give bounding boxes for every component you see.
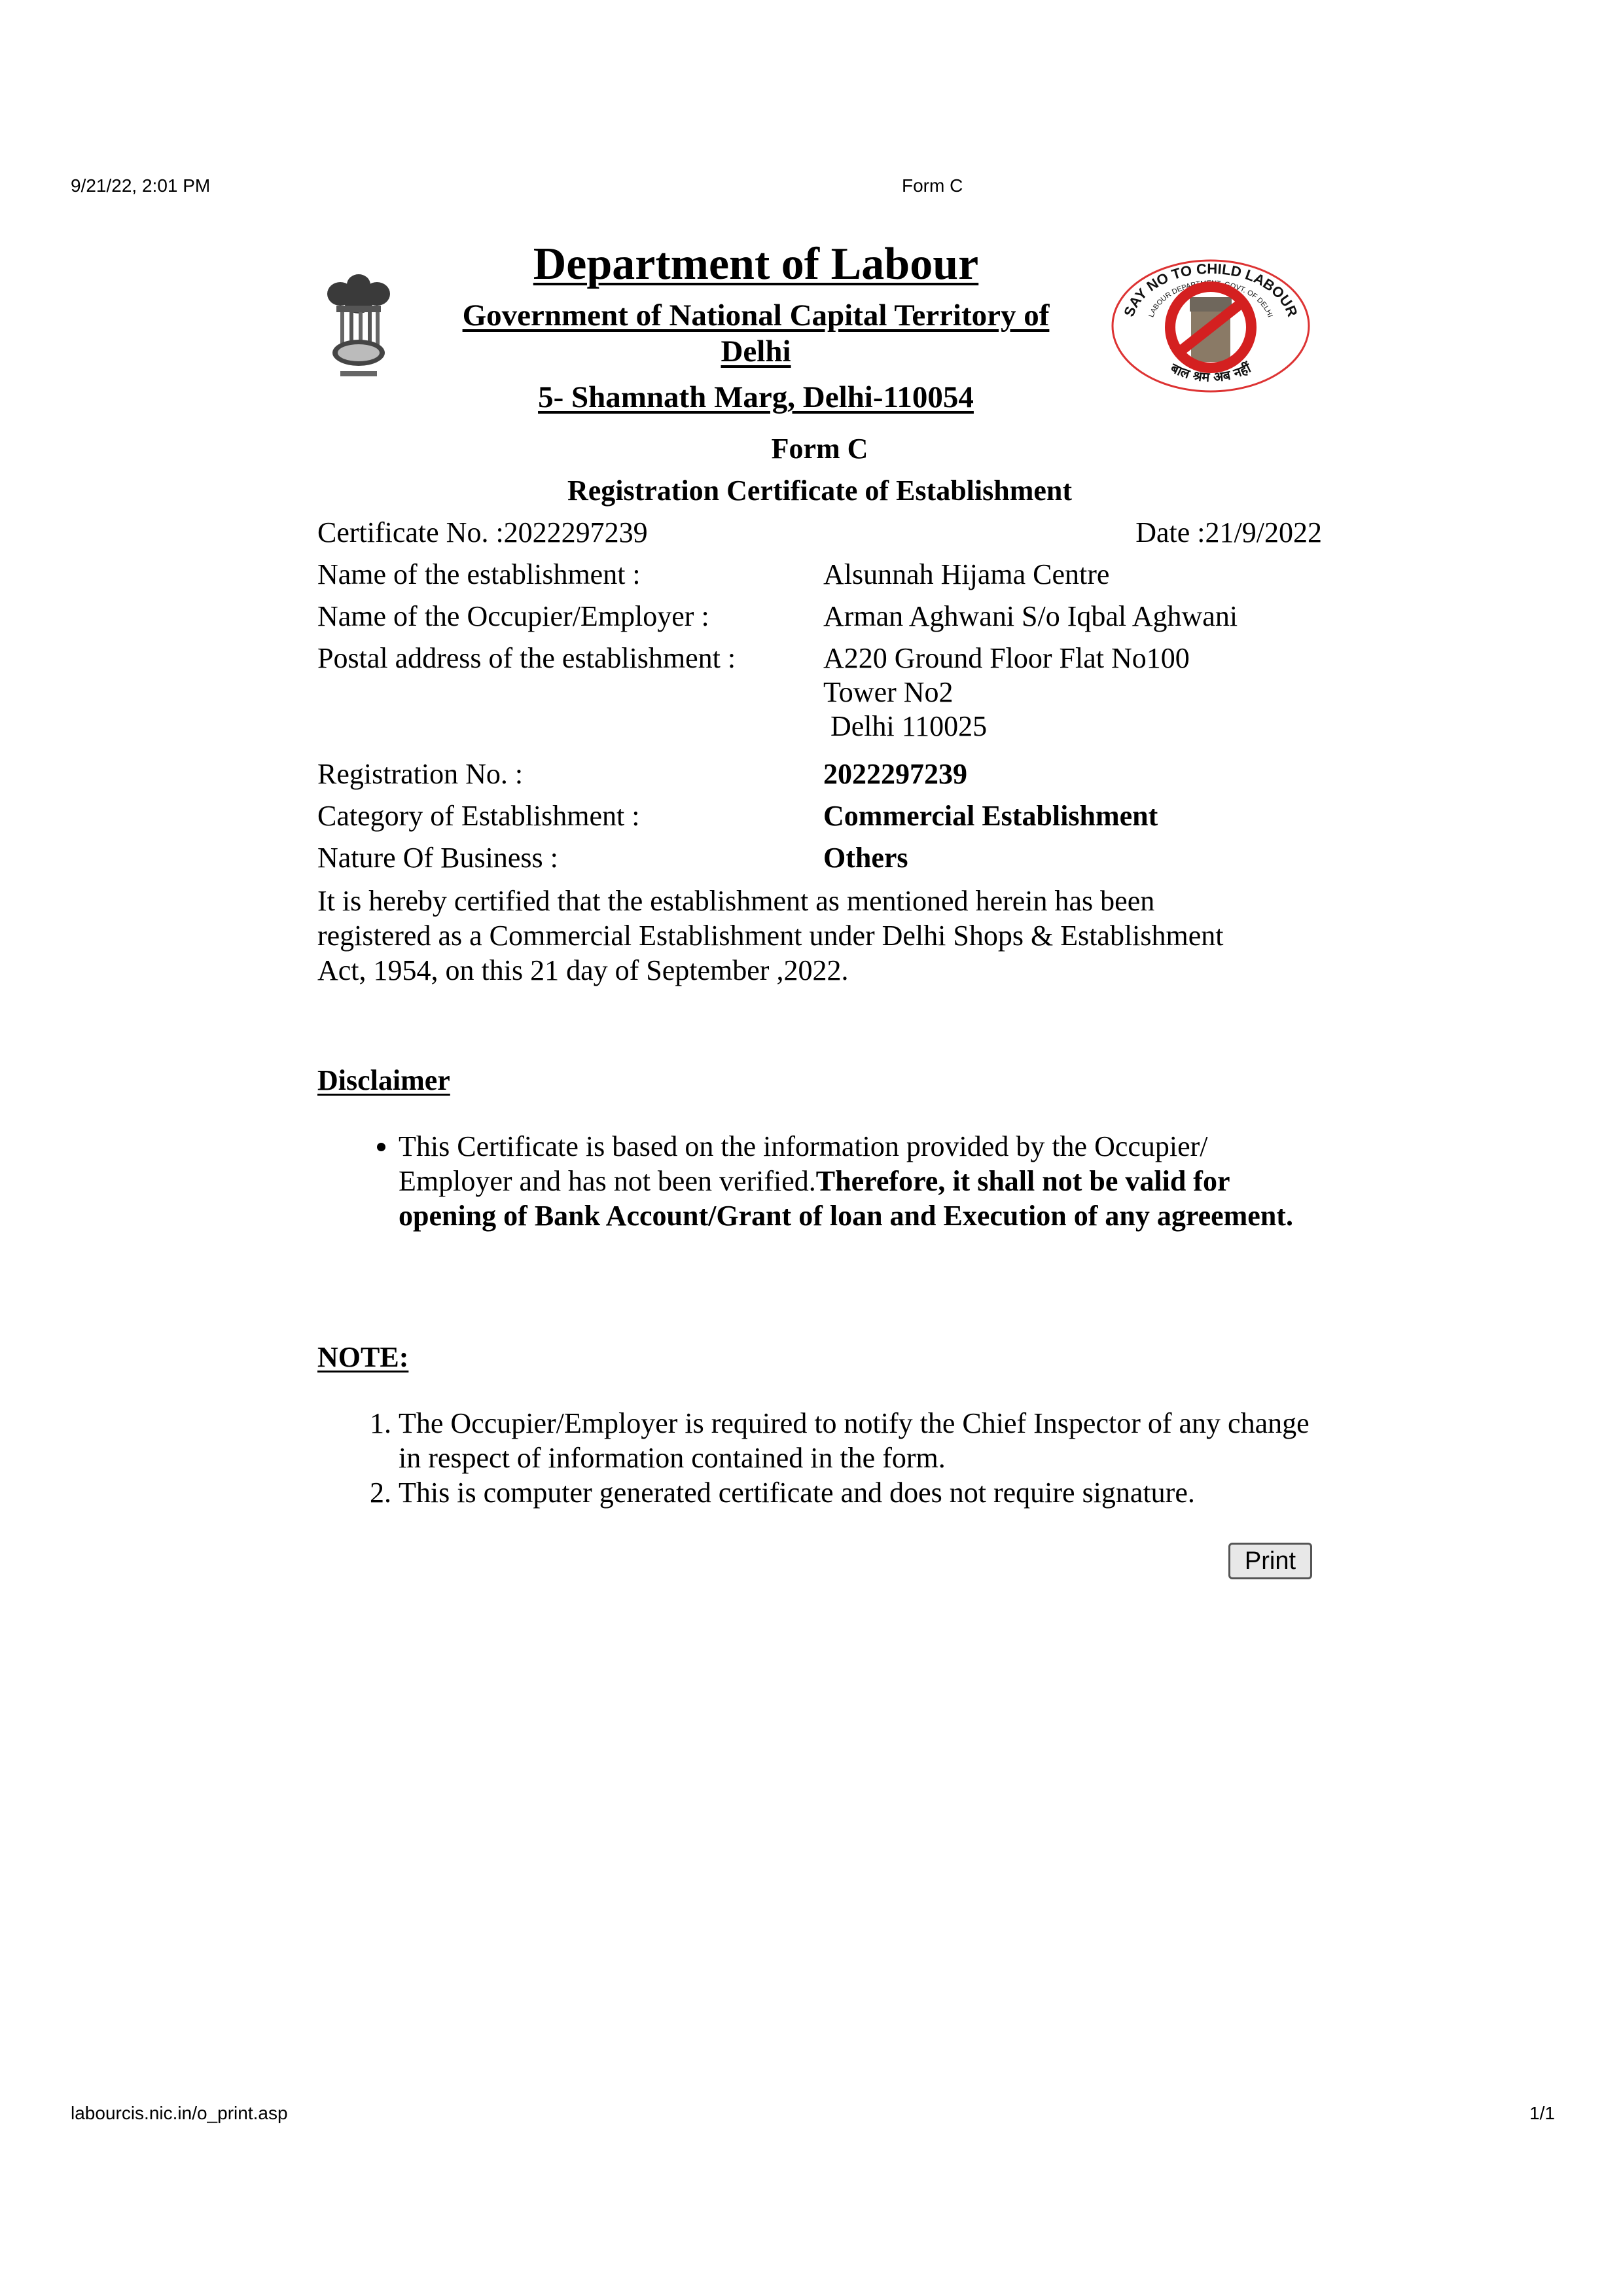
date-value: 21/9/2022 [1205, 516, 1322, 548]
print-header-datetime: 9/21/22, 2:01 PM [71, 175, 210, 196]
print-footer-url: labourcis.nic.in/o_print.asp [71, 2103, 288, 2124]
say-no-to-child-labour-logo: SAY NO TO CHILD LABOUR LABOUR DEPARTMENT… [1106, 254, 1315, 398]
disclaimer-heading: Disclaimer [317, 1064, 450, 1098]
certificate-no-label: Certificate No. : [317, 516, 504, 548]
print-header-title: Form C [902, 175, 963, 196]
print-footer-page-count: 1/1 [1529, 2103, 1555, 2124]
note-heading: NOTE: [317, 1340, 408, 1374]
national-emblem-icon [322, 265, 395, 383]
note-item: This is computer generated certificate a… [399, 1475, 1319, 1510]
disclaimer-list: This Certificate is based on the informa… [317, 1129, 1319, 1233]
date-label: Date : [1135, 516, 1205, 548]
department-address: 5- Shamnath Marg, Delhi-110054 [393, 378, 1119, 416]
note-item: The Occupier/Employer is required to not… [399, 1406, 1319, 1475]
certification-text: It is hereby certified that the establis… [317, 884, 1260, 988]
print-button[interactable]: Print [1228, 1543, 1312, 1579]
form-name: Form C [317, 432, 1322, 466]
government-name: Government of National Capital Territory… [393, 298, 1119, 370]
note-list: The Occupier/Employer is required to not… [317, 1406, 1319, 1510]
certificate-no-value: 2022297239 [504, 516, 648, 548]
department-title: Department of Labour [393, 237, 1119, 292]
form-title: Registration Certificate of Establishmen… [317, 474, 1322, 508]
disclaimer-item: This Certificate is based on the informa… [399, 1129, 1319, 1233]
